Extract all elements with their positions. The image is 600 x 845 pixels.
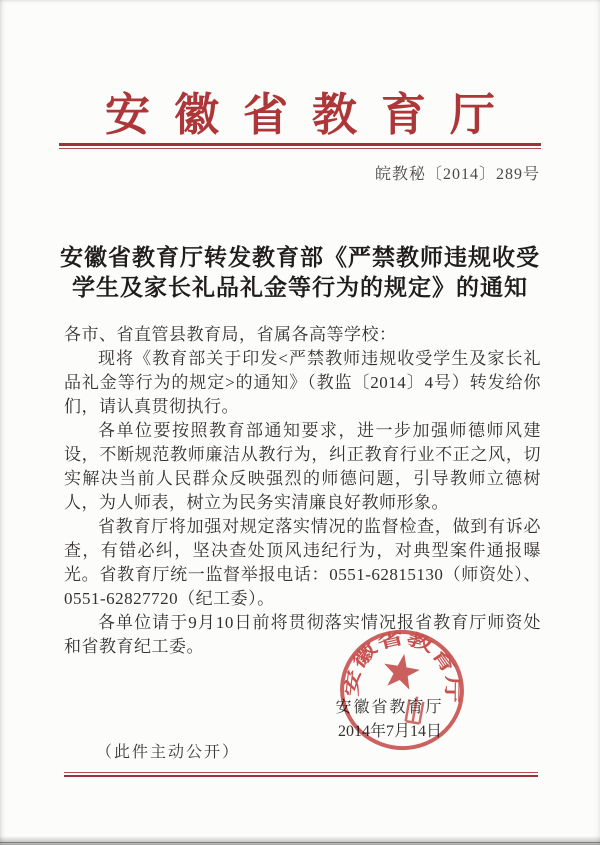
footer-divider bbox=[64, 772, 538, 777]
official-document-page: 安徽省教育厅 皖教秘〔2014〕289号 安徽省教育厅转发教育部《严禁教师违规收… bbox=[0, 0, 600, 845]
document-title-line-1: 安徽省教育厅转发教育部《严禁教师违规收受 bbox=[0, 243, 600, 273]
paragraph-2: 各单位要按照教育部通知要求，进一步加强师德师风建设，不断规范教师廉洁从教行为，纠… bbox=[64, 419, 541, 515]
letterhead-org-name: 安徽省教育厅 bbox=[0, 78, 600, 143]
paragraph-1: 现将《教育部关于印发<严禁教师违规收受学生及家长礼品礼金等行为的规定>的通知》（… bbox=[64, 347, 541, 419]
scan-edge-shadow bbox=[0, 836, 600, 845]
document-title: 安徽省教育厅转发教育部《严禁教师违规收受 学生及家长礼品礼金等行为的规定》的通知 bbox=[0, 243, 600, 303]
document-title-line-2: 学生及家长礼品礼金等行为的规定》的通知 bbox=[0, 273, 600, 303]
document-body: 各市、省直管县教育局，省属各高等学校： 现将《教育部关于印发<严禁教师违规收受学… bbox=[64, 323, 541, 659]
signature-date: 2014年7月14日 bbox=[316, 718, 464, 741]
scan-edge-line bbox=[0, 842, 600, 843]
signature-org: 安徽省教育厅 bbox=[322, 694, 457, 717]
salutation: 各市、省直管县教育局，省属各高等学校： bbox=[64, 323, 541, 347]
paragraph-3: 省教育厅将加强对规定落实情况的监督检查，做到有诉必查，有错必纠，坚决查处顶风违纪… bbox=[64, 515, 541, 611]
letterhead-divider-thick-line bbox=[59, 143, 541, 146]
footer-divider-thick-line bbox=[64, 775, 538, 777]
document-number: 皖教秘〔2014〕289号 bbox=[375, 161, 540, 184]
letterhead-divider-thin-line bbox=[59, 148, 541, 149]
paragraph-4: 各单位请于9月10日前将贯彻落实情况报省教育厅师资处和省教育纪工委。 bbox=[64, 611, 541, 659]
letterhead-divider bbox=[59, 143, 541, 149]
footer-divider-thin-line bbox=[64, 772, 538, 773]
footer-disclosure-note: （此件主动公开） bbox=[96, 739, 240, 762]
